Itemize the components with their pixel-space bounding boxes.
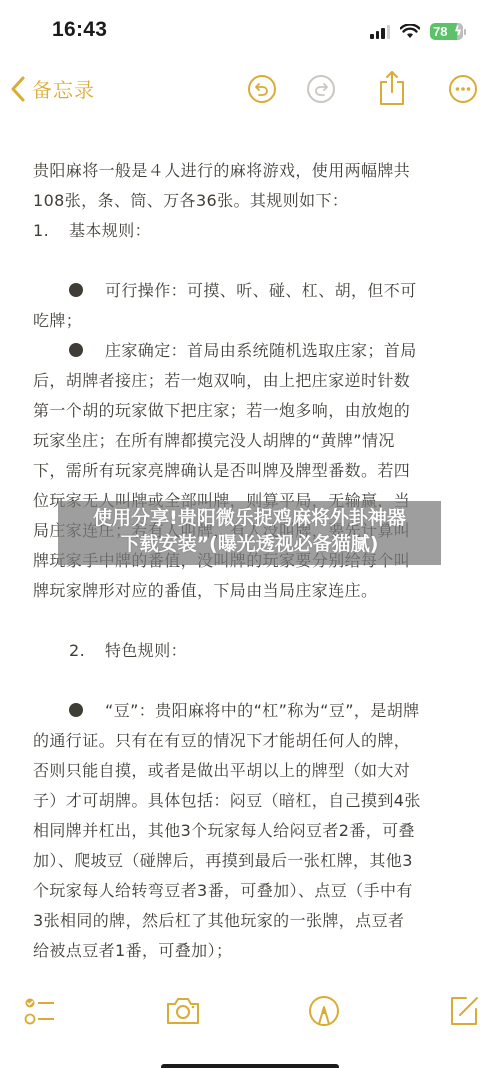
- note-line: 3张相同的牌，然后杠了其他玩家的一张牌，点豆者: [33, 906, 463, 936]
- status-icons: 78 ϟ: [370, 23, 466, 40]
- wifi-icon: [400, 24, 420, 39]
- note-line: 给被点豆者1番，可叠加）；: [33, 936, 463, 966]
- camera-icon[interactable]: [165, 993, 201, 1029]
- numbered-item: 1.基本规则：: [33, 216, 463, 246]
- compose-icon[interactable]: [446, 993, 482, 1029]
- note-line: 后，胡牌者接庄；若一炮双响，由上把庄家逆时针数: [33, 366, 463, 396]
- bullet-item: 可行操作：可摸、听、碰、杠、胡，但不可: [33, 276, 463, 306]
- note-line: 相同牌并杠出，其他3个玩家每人给闷豆者2番，可叠: [33, 816, 463, 846]
- note-line: 108张，条、筒、万各36张。其规则如下：: [33, 186, 463, 216]
- charging-bolt-icon: ϟ: [454, 23, 462, 40]
- status-time: 16:43: [52, 18, 107, 42]
- overlay-line-2: 下载安装”(曝光透视必备猫腻): [58, 531, 441, 557]
- note-line: 贵阳麻将一般是４人进行的麻将游戏，使用两幅牌共: [33, 156, 463, 186]
- note-line: 子）才可胡牌。具体包括：闷豆（暗杠，自己摸到4张: [33, 786, 463, 816]
- home-indicator[interactable]: [161, 1064, 339, 1068]
- list-number: 1.: [33, 216, 69, 246]
- markup-icon[interactable]: [306, 993, 342, 1029]
- section-heading: 基本规则：: [69, 221, 151, 240]
- overlay-banner-text: 使用分享!贵阳微乐捉鸡麻将外卦神器 下载安装”(曝光透视必备猫腻): [58, 505, 441, 557]
- bullet-icon: [69, 703, 83, 717]
- bullet-item: “豆”：贵阳麻将中的“杠”称为“豆”，是胡牌: [33, 696, 463, 726]
- section-heading: 特色规则：: [105, 641, 187, 660]
- nav-bar: 备忘录: [0, 68, 500, 112]
- note-line: 下，需所有玩家亮牌确认是否叫牌及牌型番数。若四: [33, 456, 463, 486]
- battery-indicator: 78 ϟ: [430, 23, 466, 40]
- bottom-toolbar: [0, 985, 500, 1035]
- bullet-icon: [69, 343, 83, 357]
- status-bar: 16:43 78 ϟ: [0, 0, 500, 60]
- bullet-item: 庄家确定：首局由系统随机选取庄家；首局: [33, 336, 463, 366]
- battery-level: 78: [433, 24, 447, 39]
- note-line: 否则只能自摸，或者是做出平胡以上的牌型（如大对: [33, 756, 463, 786]
- note-line: 玩家坐庄；在所有牌都摸完没人胡牌的“黄牌”情况: [33, 426, 463, 456]
- back-button[interactable]: 备忘录: [10, 74, 95, 103]
- share-icon[interactable]: [377, 70, 407, 106]
- back-label: 备忘录: [32, 74, 95, 103]
- note-line: 牌玩家牌形对应的番值，下局由当局庄家连庄。: [33, 576, 463, 606]
- more-icon[interactable]: [448, 74, 478, 104]
- numbered-item: 2.特色规则：: [33, 636, 463, 666]
- list-number: 2.: [69, 636, 105, 666]
- checklist-icon[interactable]: [22, 993, 58, 1029]
- chevron-left-icon: [10, 75, 26, 103]
- note-line: 的通行证。只有在有豆的情况下才能胡任何人的牌，: [33, 726, 463, 756]
- cellular-signal-icon: [370, 25, 390, 39]
- note-line: 个玩家每人给转弯豆者3番，可叠加）、点豆（手中有: [33, 876, 463, 906]
- undo-icon[interactable]: [247, 74, 277, 104]
- redo-icon[interactable]: [306, 74, 336, 104]
- note-line: 第一个胡的玩家做下把庄家；若一炮多响，由放炮的: [33, 396, 463, 426]
- note-line: 加）、爬坡豆（碰牌后，再摸到最后一张杠牌，其他3: [33, 846, 463, 876]
- note-line: 吃牌；: [33, 306, 463, 336]
- bullet-icon: [69, 283, 83, 297]
- overlay-line-1: 使用分享!贵阳微乐捉鸡麻将外卦神器: [58, 505, 441, 531]
